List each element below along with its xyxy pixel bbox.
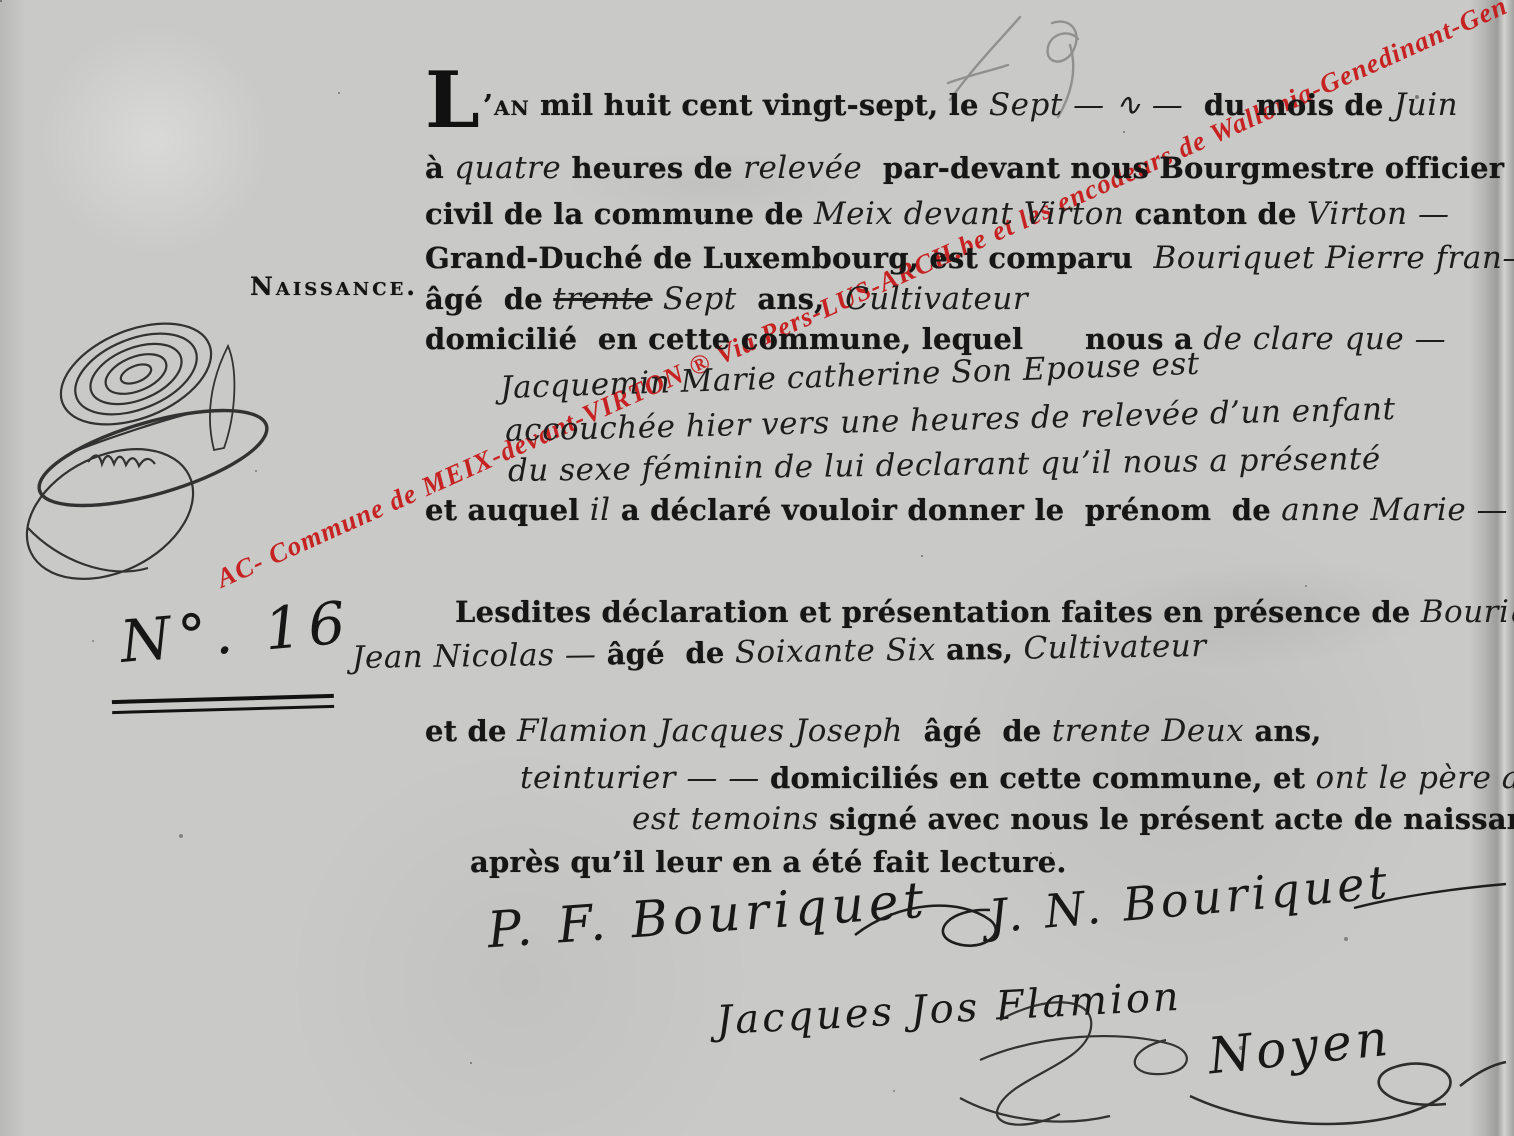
text-segment: anne Marie — — [1281, 492, 1508, 528]
text-segment: âgé de — [903, 714, 1052, 748]
text-segment: Sept — [653, 281, 737, 317]
text-segment: ’an — [483, 88, 530, 122]
text-segment: teinturier — — — [520, 760, 760, 796]
text-segment: quatre — [454, 150, 561, 186]
text-segment: e — [714, 151, 743, 185]
line-hand-3: du sexe féminin de lui declarant qu’il n… — [508, 441, 1381, 489]
text-segment: Cultivateur — [845, 281, 1028, 317]
text-segment: canton de — [1124, 197, 1307, 231]
text-segment: et de — [425, 714, 517, 748]
text-segment: du mois de — [1183, 88, 1394, 122]
text-segment: e — [1252, 493, 1281, 527]
text-segment: Meix devant Virton — [814, 196, 1124, 232]
line-hour: à quatre heures de relevée par-devant no… — [425, 150, 1514, 186]
signature-declarant-flourish — [840, 880, 1020, 970]
signature-witness1-stroke — [1350, 878, 1510, 918]
act-number-underline — [112, 694, 334, 714]
text-segment: âgé de — [425, 282, 553, 316]
text-segment: Grand-Duché de Luxembourg, est comparu — [425, 241, 1154, 275]
text-segment: par-devant nous Bourgmestre officier de … — [862, 151, 1514, 185]
text-segment: et auquel — [425, 493, 590, 527]
text-segment: il — [590, 492, 611, 528]
text-segment: a déclaré vouloir donner le prénom d — [611, 493, 1253, 527]
line-prenom: et auquel il a déclaré vouloir donner le… — [425, 492, 1508, 528]
line-lecture: après qu’il leur en a été fait lecture. — [470, 845, 1067, 879]
text-segment: Flamion Jacques Joseph — [517, 713, 903, 749]
text-segment: signé avec nous le présent acte de naiss… — [829, 802, 1514, 836]
text-segment: Virton — — [1307, 196, 1450, 232]
text-segment: ans, — [1244, 714, 1321, 748]
scanned-birth-record-page: AC- Commune de MEIX-devant-VIRTON ® Via … — [0, 0, 1514, 1136]
text-segment: mil huit cent vingt-sept, le — [530, 88, 989, 122]
text-segment: Bouriquet Pierre fran— — [1154, 240, 1514, 276]
text-segment: Cultivateur — [1023, 628, 1207, 667]
act-number: N°. 16 — [117, 588, 354, 676]
text-segment: âgé de — [606, 636, 735, 672]
text-segment: à — [425, 151, 454, 185]
text-segment: domicilié en cette commune, le — [425, 322, 952, 356]
line-commune: civil de la commune de Meix devant Virto… — [425, 196, 1449, 232]
line-witness-1: Jean Nicolas — âgé de Soixante Six ans, … — [352, 628, 1207, 676]
text-segment: Sept — ∿ — — [989, 87, 1183, 123]
scan-speckles — [0, 0, 2, 2]
line-witness-intro: Lesdites déclaration et présentation fai… — [455, 594, 1514, 630]
line-comparu: Grand-Duché de Luxembourg, est comparu B… — [425, 240, 1514, 276]
line-witness-2: et de Flamion Jacques Joseph âgé de tren… — [425, 713, 1322, 749]
text-segment: Soixante Six — [735, 632, 937, 671]
text-segment: de clare que — — [1203, 321, 1446, 357]
text-segment: ans, — [936, 632, 1024, 667]
line-witness-3: teinturier — — domiciliés en cette commu… — [520, 760, 1514, 796]
text-segment: Lesdites déclaration et présentation fai… — [455, 595, 1421, 629]
line-age: âgé de trente Sept ans, Cultivateur — [425, 281, 1028, 317]
text-segment: est temoins — [632, 801, 829, 837]
text-segment: heures d — [561, 151, 714, 185]
text-segment: Juin — [1394, 87, 1458, 123]
text-segment: trente — [553, 281, 652, 317]
line-domicile: domicilié en cette commune, lequel nous … — [425, 321, 1446, 357]
text-segment: ans, — [737, 282, 845, 316]
text-segment: e — [785, 197, 814, 231]
text-segment: relevée — [743, 150, 862, 186]
text-segment: civil de la commune d — [425, 197, 785, 231]
line-opening: L’an mil huit cent vingt-sept, le Sept —… — [425, 80, 1458, 123]
marginal-paraph-flourish — [18, 290, 288, 590]
line-signed: est temoins signé avec nous le présent a… — [632, 801, 1514, 837]
act-type-label: Naissance. — [250, 272, 418, 301]
text-segment: trente Deux — [1052, 713, 1244, 749]
text-segment: après qu’il leur en a été fait lecture. — [470, 845, 1067, 879]
text-segment: Jean Nicolas — — [352, 636, 607, 676]
text-segment: L — [425, 55, 480, 146]
text-segment: ont le père a — [1316, 760, 1514, 796]
text-segment: du sexe féminin de lui declarant qu’il n… — [508, 441, 1381, 489]
text-segment: domiciliés en cette commune, et — [760, 761, 1316, 795]
text-segment: Bouriquet — [1421, 594, 1514, 630]
signature-officer-flourish — [1160, 1046, 1510, 1136]
